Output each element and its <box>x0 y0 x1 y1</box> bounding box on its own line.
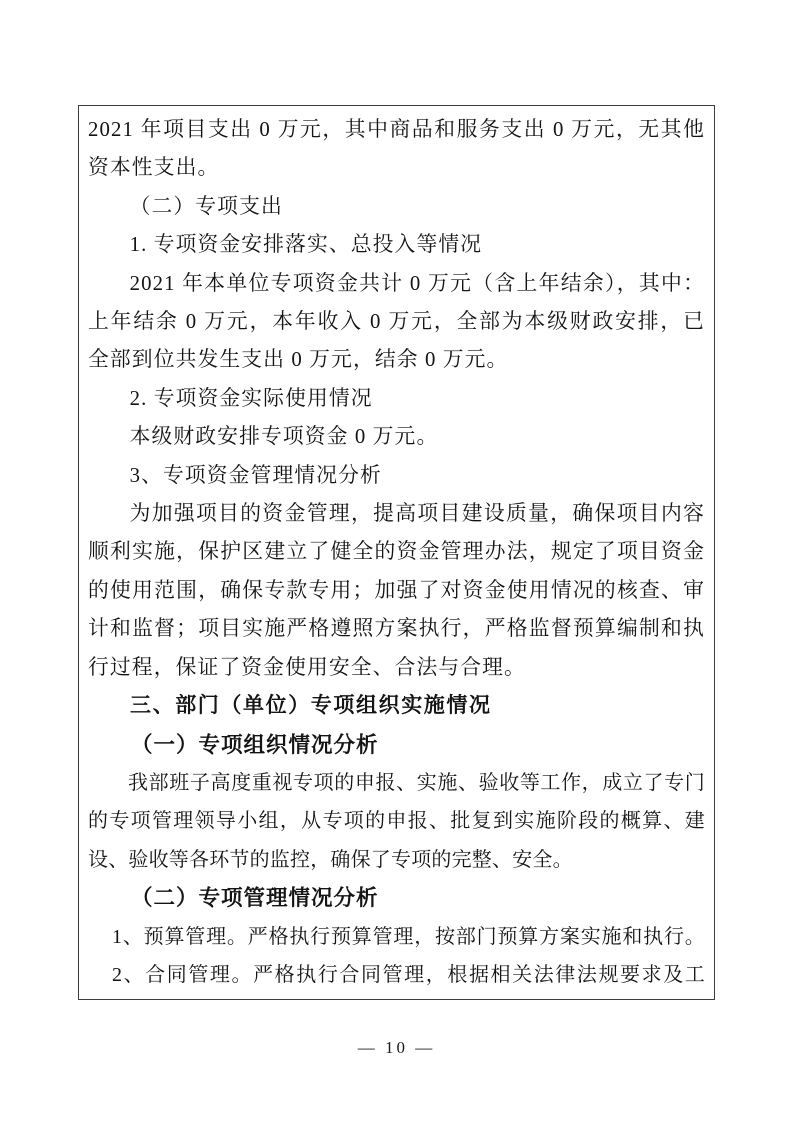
item-heading-fund-arrangement: 1. 专项资金安排落实、总投入等情况 <box>88 226 705 264</box>
subsection-heading-management-analysis: （二）专项管理情况分析 <box>88 879 705 917</box>
subsection-heading-special-expenditure: （二）专项支出 <box>88 188 705 226</box>
paragraph-organization-detail: 我部班子高度重视专项的申报、实施、验收等工作，成立了专门的专项管理领导小组，从专… <box>88 764 705 879</box>
item-heading-fund-management-analysis: 3、专项资金管理情况分析 <box>88 457 705 495</box>
document-page: 2021 年项目支出 0 万元，其中商品和服务支出 0 万元，无其他资本性支出。… <box>0 0 793 1122</box>
item-heading-fund-actual-use: 2. 专项资金实际使用情况 <box>88 380 705 418</box>
paragraph-project-expenditure-continuation: 2021 年项目支出 0 万元，其中商品和服务支出 0 万元，无其他资本性支出。 <box>88 111 705 188</box>
paragraph-fund-actual-use: 本级财政安排专项资金 0 万元。 <box>88 418 705 456</box>
paragraph-fund-management-detail: 为加强项目的资金管理，提高项目建设质量，确保项目内容顺利实施，保护区建立了健全的… <box>88 495 705 687</box>
paragraph-contract-management: 2、合同管理。严格执行合同管理，根据相关法律法规要求及工 <box>88 956 705 994</box>
paragraph-fund-totals: 2021 年本单位专项资金共计 0 万元（含上年结余），其中：上年结余 0 万元… <box>88 265 705 380</box>
text-frame: 2021 年项目支出 0 万元，其中商品和服务支出 0 万元，无其他资本性支出。… <box>78 105 715 1000</box>
paragraph-budget-management: 1、预算管理。严格执行预算管理，按部门预算方案实施和执行。 <box>88 918 705 956</box>
page-number: — 10 — <box>0 1038 793 1058</box>
section-heading-organization-implementation: 三、部门（单位）专项组织实施情况 <box>88 687 705 725</box>
subsection-heading-organization-analysis: （一）专项组织情况分析 <box>88 726 705 764</box>
